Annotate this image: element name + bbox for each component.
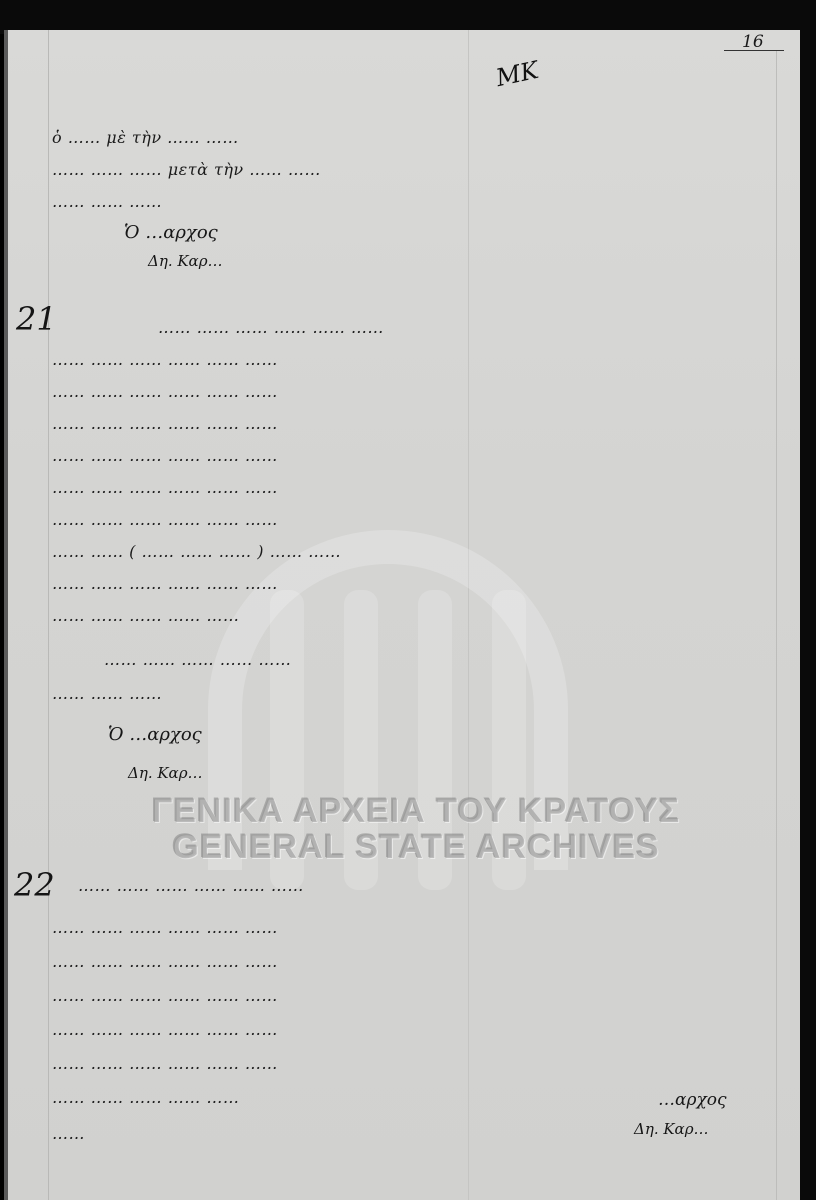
handwritten-line: …… …… …… …… …… …… — [52, 382, 758, 402]
handwritten-line: ὁ …… μὲ τὴν …… …… — [52, 128, 472, 148]
signature-name: Δη. Καρ… — [128, 764, 203, 782]
margin-rule-left — [48, 30, 49, 1200]
page-number-underline — [724, 50, 784, 51]
manuscript-page: 16 ΜΚ ΓΕΝΙΚΑ ΑΡΧΕΙΑ ΤΟΥ ΚΡΑΤΟΥΣ GENERAL … — [4, 30, 804, 1200]
handwritten-line: …… …… …… — [52, 192, 472, 212]
header-mark: ΜΚ — [494, 56, 541, 92]
handwritten-line: …… …… …… …… …… — [52, 1088, 632, 1108]
handwritten-line: …… …… …… …… …… …… — [158, 318, 758, 338]
scan-border-right — [800, 0, 816, 1200]
signature-name: Δη. Καρ… — [148, 252, 223, 270]
handwritten-line: …… …… …… …… …… …… — [52, 350, 758, 370]
margin-rule-right — [776, 50, 777, 1200]
handwritten-line: …… …… …… …… …… …… — [52, 918, 732, 938]
handwritten-line: …… …… …… …… …… …… — [52, 510, 758, 530]
signature-title: Ὁ …αρχος — [124, 222, 218, 243]
handwritten-line: …… …… …… …… …… …… — [78, 876, 758, 896]
handwritten-line: …… …… …… …… …… — [104, 650, 724, 670]
handwritten-line: …… …… …… …… …… — [52, 606, 632, 626]
handwritten-line: …… …… …… …… …… …… — [52, 574, 758, 594]
signature-title: …αρχος — [658, 1090, 727, 1110]
watermark-english: GENERAL STATE ARCHIVES — [8, 828, 816, 867]
handwritten-line: …… …… …… — [52, 684, 352, 704]
handwritten-line: …… …… …… …… …… …… — [52, 986, 732, 1006]
handwritten-line: …… …… …… μετὰ τὴν …… …… — [52, 160, 472, 180]
handwritten-line: …… …… …… …… …… …… — [52, 478, 758, 498]
scan-border-top — [0, 0, 816, 34]
entry-number: 21 — [16, 300, 57, 338]
handwritten-line: …… — [52, 1124, 192, 1144]
handwritten-line: …… …… …… …… …… …… — [52, 414, 758, 434]
handwritten-line: …… …… …… …… …… …… — [52, 446, 758, 466]
handwritten-line: …… …… ( …… …… …… ) …… …… — [52, 542, 758, 562]
handwritten-line: …… …… …… …… …… …… — [52, 1020, 752, 1040]
entry-number: 22 — [14, 866, 55, 904]
signature-title: Ὁ …αρχος — [108, 724, 202, 745]
watermark-greek: ΓΕΝΙΚΑ ΑΡΧΕΙΑ ΤΟΥ ΚΡΑΤΟΥΣ — [8, 792, 816, 831]
handwritten-line: …… …… …… …… …… …… — [52, 952, 732, 972]
page-number: 16 — [742, 32, 764, 52]
handwritten-line: …… …… …… …… …… …… — [52, 1054, 752, 1074]
signature-name: Δη. Καρ… — [634, 1120, 709, 1138]
